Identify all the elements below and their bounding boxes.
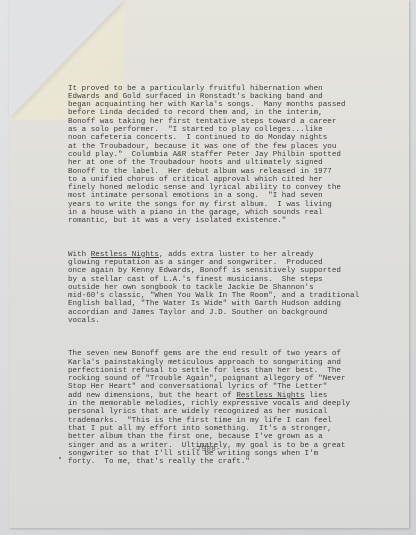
paragraph-3: The seven new Bonoff gems are the end re…: [68, 350, 408, 466]
text-line: forty. To me, that's really the craft.": [68, 458, 408, 466]
text-line: finely honed melodic sense and lyrical a…: [68, 184, 408, 192]
text-line: her at one of the Troubadour hoots and u…: [68, 159, 408, 167]
text-line: Bonoff to the label. Her debut album was…: [68, 168, 408, 176]
text-line: vocals.: [68, 317, 408, 325]
text-line: noon cafeteria concerts. I continued to …: [68, 134, 408, 142]
text-line: as a solo performer. "I started to play …: [68, 126, 408, 134]
text-line: in the memorable melodies, richly expres…: [68, 400, 408, 408]
text-line: singer and as a writer. Ultimately, my g…: [68, 442, 408, 450]
text-line: personal lyrics that are widely recogniz…: [68, 408, 408, 416]
text-line: Bonoff was taking her first tentative st…: [68, 118, 408, 126]
text-line: that I put all my effort into something.…: [68, 425, 408, 433]
paragraph-2: With Restless Nights, adds extra luster …: [68, 251, 408, 326]
text-line: most intimate personal emotions in a son…: [68, 192, 408, 200]
text-line: Stop Her Heart" and conversational lyric…: [68, 383, 408, 391]
text-line: English ballad, "The Water Is Wide" with…: [68, 300, 408, 308]
paragraph-1: It proved to be a particularly fruitful …: [68, 85, 408, 226]
text-line: accordian and James Taylor and J.D. Sout…: [68, 309, 408, 317]
text-line: began acquainting her with Karla's songs…: [68, 101, 408, 109]
text-line: trademarks. "This is the first time in m…: [68, 417, 408, 425]
document-body: It proved to be a particularly fruitful …: [68, 68, 408, 483]
album-title: Restless Nights: [91, 251, 159, 259]
text-line: mid-60's classic, "When You Walk In The …: [68, 292, 408, 300]
page-number: -7908-: [192, 446, 221, 454]
text-line: at the Troubadour, because it was one of…: [68, 143, 408, 151]
text-line: before Linda decided to record them and,…: [68, 109, 408, 117]
text-line: rocking sound of "Trouble Again", poigna…: [68, 375, 408, 383]
album-title: Restless Nights: [236, 392, 304, 400]
text-line: glowing reputation as a singer and songw…: [68, 259, 408, 267]
text-line: years to write the songs for my first al…: [68, 201, 408, 209]
text-line: Edwards and Gold surfaced in Ronstadt's …: [68, 93, 408, 101]
text-line: once again by Kenny Edwards, Bonoff is s…: [68, 267, 408, 275]
text-line: better album than the first one, because…: [68, 433, 408, 441]
paper-speck: [59, 457, 61, 459]
text-line: add new dimensions, but the heart of Res…: [68, 392, 408, 400]
text-line: in a house with a piano in the garage, w…: [68, 209, 408, 217]
text-line: to a unified chorus of critical approval…: [68, 176, 408, 184]
text-line: songwriter so that I'll still be writing…: [68, 450, 408, 458]
text-line: by a stellar cast of L.A.'s finest music…: [68, 276, 408, 284]
text-line: It proved to be a particularly fruitful …: [68, 85, 408, 93]
text-line: perfectionist refusal to settle for less…: [68, 367, 408, 375]
text-line: outside her own songbook to tackle Jacki…: [68, 284, 408, 292]
text-line: could play." Columbia A&R staffer Peter …: [68, 151, 408, 159]
text-line: romantic, but it was a very isolated exi…: [68, 217, 408, 225]
text-line: Karla's painstakingly meticulous approac…: [68, 359, 408, 367]
text-line: The seven new Bonoff gems are the end re…: [68, 350, 408, 358]
text-line: With Restless Nights, adds extra luster …: [68, 251, 408, 259]
